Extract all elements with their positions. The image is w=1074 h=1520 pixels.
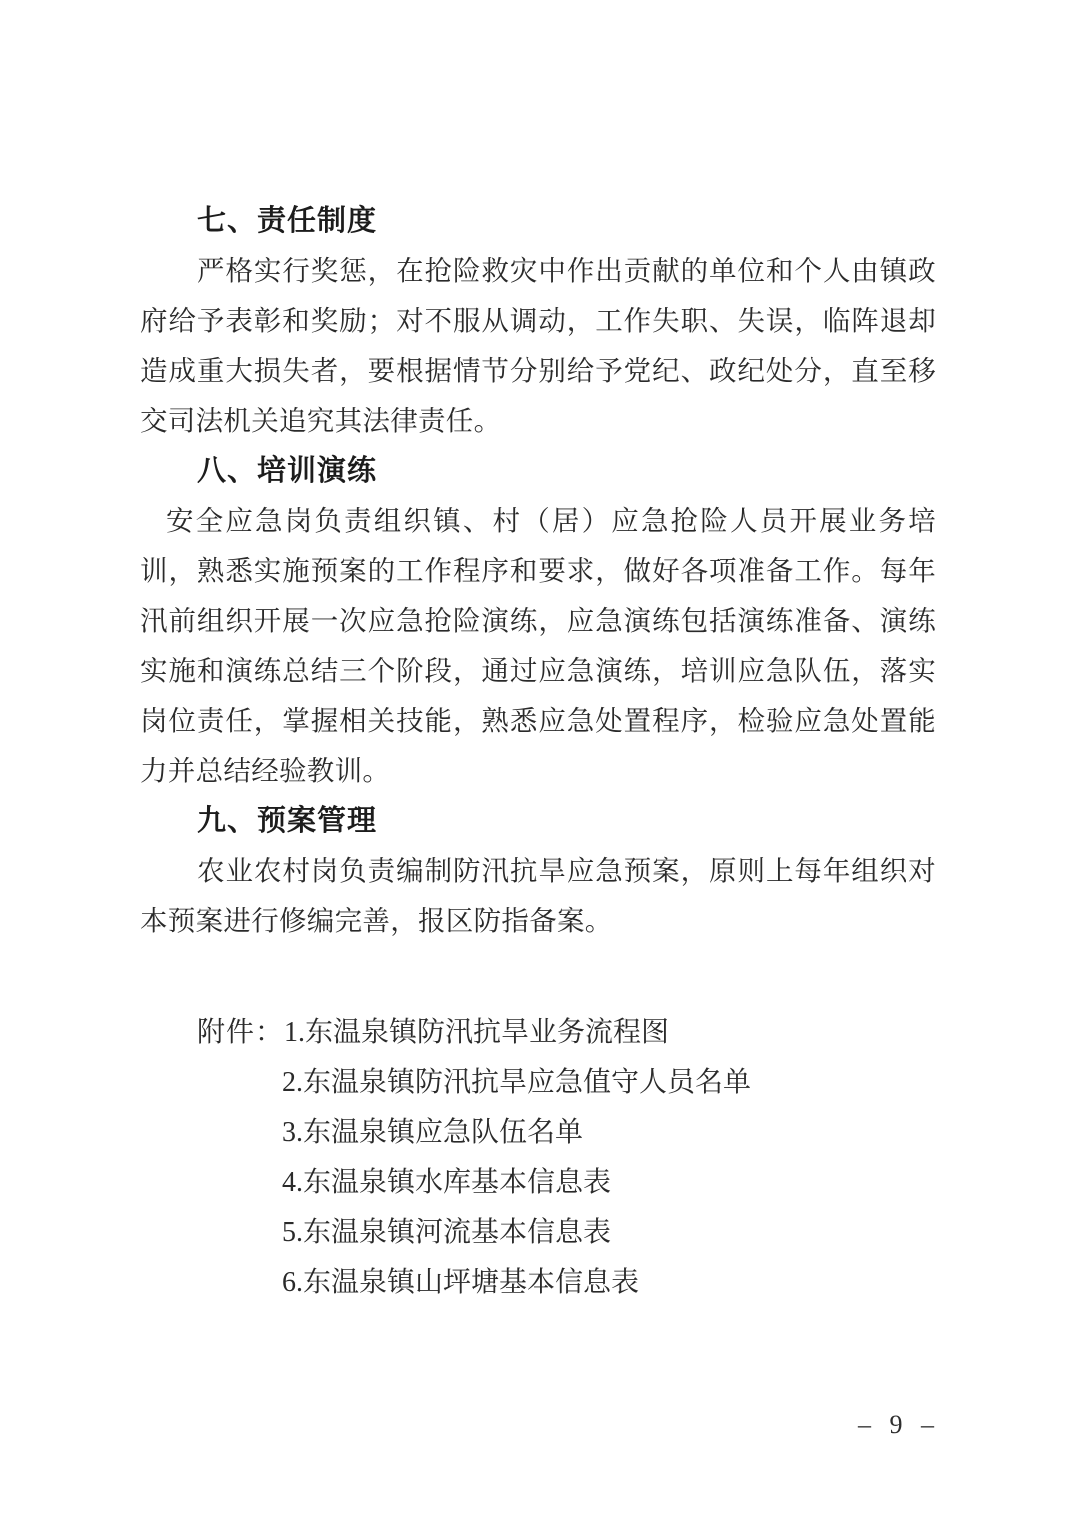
attachments-list: 附件：1.东温泉镇防汛抗旱业务流程图 2.东温泉镇防汛抗旱应急值守人员名单 3.… xyxy=(140,1008,936,1308)
attachment-item-6: 6.东温泉镇山坪塘基本信息表 xyxy=(140,1258,936,1308)
attachment-row: 附件：1.东温泉镇防汛抗旱业务流程图 xyxy=(140,1008,936,1058)
attachment-item-3: 3.东温泉镇应急队伍名单 xyxy=(140,1108,936,1158)
section-body-responsibility: 严格实行奖惩，在抢险救灾中作出贡献的单位和个人由镇政府给予表彰和奖励；对不服从调… xyxy=(140,246,936,446)
section-heading-responsibility: 七、责任制度 xyxy=(140,196,936,246)
section-body-training: 安全应急岗负责组织镇、村（居）应急抢险人员开展业务培训，熟悉实施预案的工作程序和… xyxy=(140,496,936,796)
section-body-plan-management: 农业农村岗负责编制防汛抗旱应急预案，原则上每年组织对本预案进行修编完善，报区防指… xyxy=(140,846,936,946)
section-heading-plan-management: 九、预案管理 xyxy=(140,796,936,846)
section-training: 八、培训演练 安全应急岗负责组织镇、村（居）应急抢险人员开展业务培训，熟悉实施预… xyxy=(140,446,936,796)
attachments-label: 附件： xyxy=(197,1017,284,1048)
document-content: 七、责任制度 严格实行奖惩，在抢险救灾中作出贡献的单位和个人由镇政府给予表彰和奖… xyxy=(140,196,936,1308)
document-page: 七、责任制度 严格实行奖惩，在抢险救灾中作出贡献的单位和个人由镇政府给予表彰和奖… xyxy=(0,0,1074,1520)
attachment-item-2: 2.东温泉镇防汛抗旱应急值守人员名单 xyxy=(140,1058,936,1108)
attachment-item-5: 5.东温泉镇河流基本信息表 xyxy=(140,1208,936,1258)
section-heading-training: 八、培训演练 xyxy=(140,446,936,496)
section-responsibility: 七、责任制度 严格实行奖惩，在抢险救灾中作出贡献的单位和个人由镇政府给予表彰和奖… xyxy=(140,196,936,446)
attachment-item-1: 1.东温泉镇防汛抗旱业务流程图 xyxy=(284,1017,669,1048)
section-plan-management: 九、预案管理 农业农村岗负责编制防汛抗旱应急预案，原则上每年组织对本预案进行修编… xyxy=(140,796,936,946)
page-number: – 9 – xyxy=(858,1410,958,1440)
attachment-item-4: 4.东温泉镇水库基本信息表 xyxy=(140,1158,936,1208)
